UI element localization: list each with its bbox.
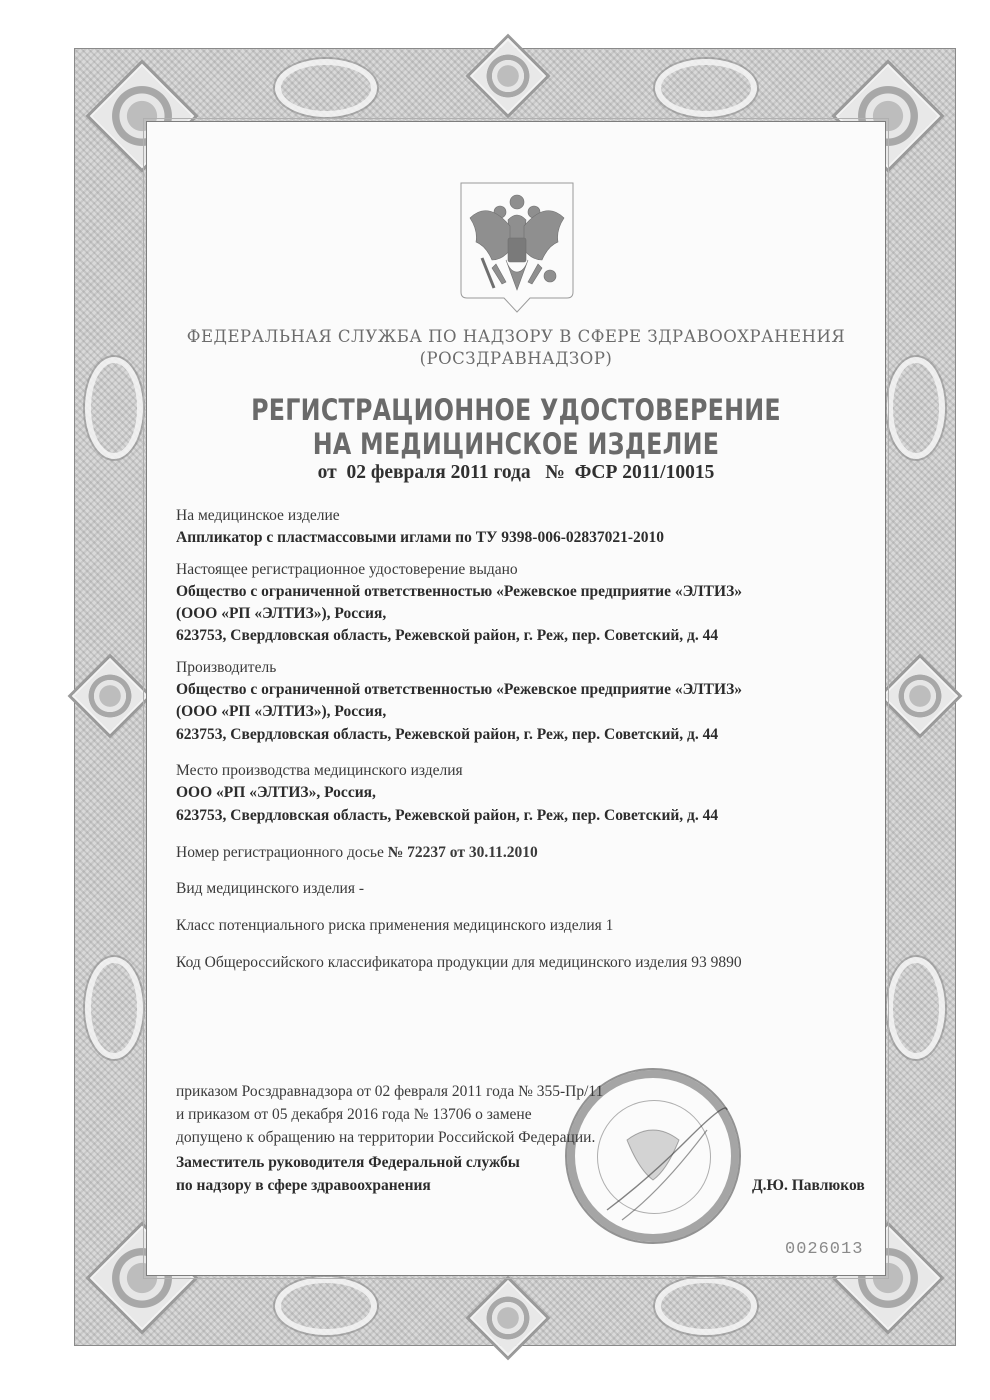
border-arc bbox=[275, 59, 377, 117]
signatory-position-line2: по надзору в сфере здравоохранения bbox=[176, 1177, 431, 1195]
production-site-label: Место производства медицинского изделия bbox=[176, 762, 463, 780]
serial-number: 0026013 bbox=[785, 1240, 863, 1259]
signatory-position-line1: Заместитель руководителя Федеральной слу… bbox=[176, 1154, 520, 1172]
document-title-line2: НА МЕДИЦИНСКОЕ ИЗДЕЛИЕ bbox=[213, 427, 820, 461]
manufacturer-line2: (ООО «РП «ЭЛТИЗ»), Россия, bbox=[176, 703, 386, 721]
side-ornament-right bbox=[882, 658, 958, 734]
dossier-number: Номер регистрационного досье № 72237 от … bbox=[176, 844, 538, 862]
agency-name: ФЕДЕРАЛЬНАЯ СЛУЖБА ПО НАДЗОРУ В СФЕРЕ ЗД… bbox=[146, 327, 886, 346]
risk-class: Класс потенциального риска применения ме… bbox=[176, 917, 613, 935]
side-ornament-top bbox=[470, 38, 546, 114]
border-arc bbox=[85, 357, 143, 459]
manufacturer-line3: 623753, Свердловская область, Режевской … bbox=[176, 726, 718, 744]
order-line3: допущено к обращению на территории Росси… bbox=[176, 1129, 595, 1147]
coat-of-arms-icon bbox=[458, 180, 576, 315]
issued-to-line2: (ООО «РП «ЭЛТИЗ»), Россия, bbox=[176, 605, 386, 623]
signatory-name: Д.Ю. Павлюков bbox=[752, 1177, 865, 1195]
certificate-date-number: от 02 февраля 2011 года № ФСР 2011/10015 bbox=[146, 462, 886, 484]
border-arc bbox=[85, 957, 143, 1059]
border-arc bbox=[887, 357, 945, 459]
device-type: Вид медицинского изделия - bbox=[176, 880, 364, 898]
device-name: Аппликатор с пластмассовыми иглами по ТУ… bbox=[176, 529, 664, 547]
side-ornament-bottom bbox=[470, 1280, 546, 1356]
side-ornament-left bbox=[72, 658, 148, 734]
border-arc bbox=[655, 1277, 757, 1335]
okp-code: Код Общероссийского классификатора проду… bbox=[176, 954, 742, 972]
manufacturer-label: Производитель bbox=[176, 659, 276, 677]
signature-icon bbox=[567, 1070, 739, 1242]
device-label: На медицинское изделие bbox=[176, 507, 340, 525]
dossier-value: № 72237 от 30.11.2010 bbox=[388, 844, 538, 861]
issued-to-line3: 623753, Свердловская область, Режевской … bbox=[176, 627, 718, 645]
order-line2: и приказом от 05 декабря 2016 года № 137… bbox=[176, 1106, 532, 1124]
official-seal-icon bbox=[565, 1068, 741, 1244]
border-arc bbox=[655, 59, 757, 117]
production-site-line1: ООО «РП «ЭЛТИЗ», Россия, bbox=[176, 784, 376, 802]
document-title-line1: РЕГИСТРАЦИОННОЕ УДОСТОВЕРЕНИЕ bbox=[213, 393, 820, 427]
dossier-label: Номер регистрационного досье bbox=[176, 844, 384, 861]
issued-label: Настоящее регистрационное удостоверение … bbox=[176, 561, 518, 579]
agency-short-name: (РОСЗДРАВНАДЗОР) bbox=[146, 349, 886, 368]
border-arc bbox=[275, 1277, 377, 1335]
manufacturer-line1: Общество с ограниченной ответственностью… bbox=[176, 681, 742, 699]
production-site-line2: 623753, Свердловская область, Режевской … bbox=[176, 807, 718, 825]
order-line1: приказом Росздравнадзора от 02 февраля 2… bbox=[176, 1083, 603, 1101]
border-arc bbox=[887, 957, 945, 1059]
issued-to-line1: Общество с ограниченной ответственностью… bbox=[176, 583, 742, 601]
